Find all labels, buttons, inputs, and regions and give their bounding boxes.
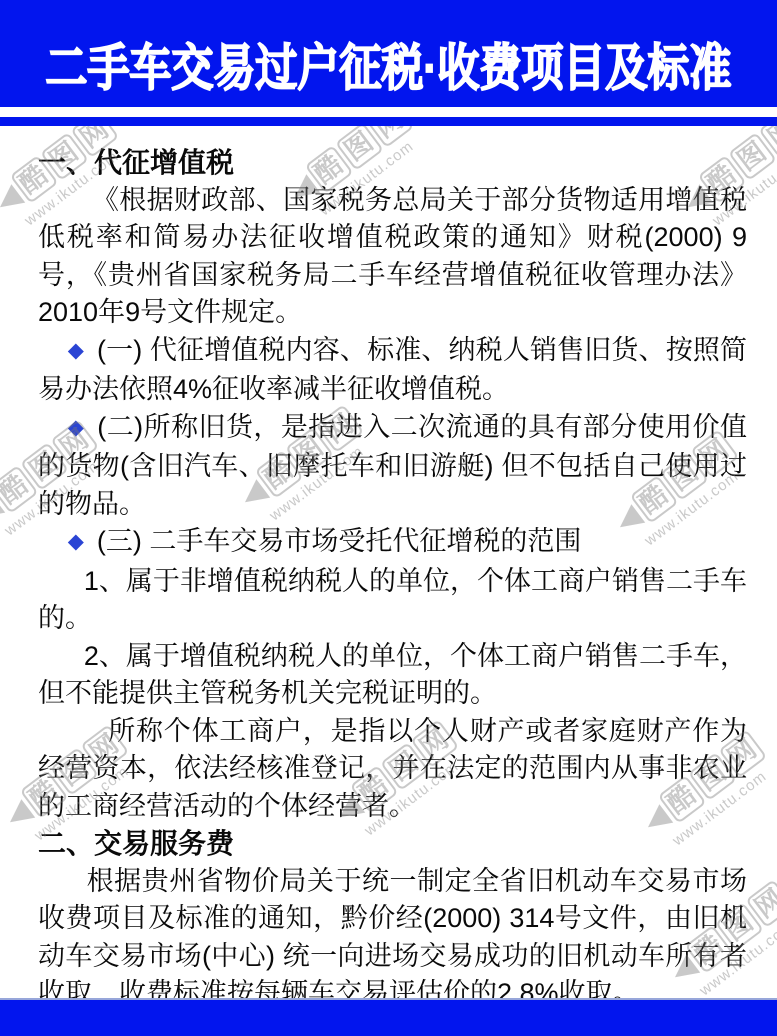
header-gap (0, 107, 777, 117)
paragraph-text: 《根据财政部、国家税务总局关于部分货物适用增值税低税率和简易办法征收增值税政策的… (38, 185, 747, 328)
section-2-heading: 二、交易服务费 (38, 825, 747, 863)
section-1-paragraph-definition: 所称个体工商户，是指以个人财产或者家庭财产作为经营资本，依法经核准登记，并在法定… (38, 713, 747, 826)
bullet-item-3-text: (三) 二手车交易市场受托代征增税的范围 (97, 526, 581, 556)
section-1-heading: 一、代征增值税 (38, 144, 747, 182)
bullet-item-1-text: (一) 代征增值税内容、标准、纳税人销售旧货、按照简易办法依照4%征收率减半征收… (38, 335, 747, 405)
document-body: 一、代征增值税 《根据财政部、国家税务总局关于部分货物适用增值税低税率和简易办法… (0, 126, 777, 1013)
diamond-bullet-icon: ◆ (68, 416, 85, 439)
paragraph-text: 根据贵州省物价局关于统一制定全省旧机动车交易市场收费项目及标准的通知，黔价经(2… (38, 866, 747, 1009)
diamond-bullet-icon: ◆ (68, 530, 84, 553)
paragraph-text: 所称个体工商户，是指以个人财产或者家庭财产作为经营资本，依法经核准登记，并在法定… (38, 716, 747, 821)
page-title: 二手车交易过户征税·收费项目及标准 (46, 28, 732, 100)
footer-bar (0, 998, 777, 1036)
numbered-item-1-text: 1、属于非增值税纳税人的单位，个体工商户销售二手车的。 (38, 566, 747, 634)
numbered-item-2-text: 2、属于增值税纳税人的单位，个体工商户销售二手车，但不能提供主管税务机关完税证明… (38, 641, 747, 709)
bullet-item-1: ◆(一) 代征增值税内容、标准、纳税人销售旧货、按照简易办法依照4%征收率减半征… (38, 332, 747, 409)
bullet-item-2-text: (二)所称旧货，是指进入二次流通的具有部分使用价值的货物(含旧汽车、旧摩托车和旧… (38, 412, 747, 519)
header-stripe (0, 117, 777, 126)
section-2-paragraph: 根据贵州省物价局关于统一制定全省旧机动车交易市场收费项目及标准的通知，黔价经(2… (38, 863, 747, 1013)
bullet-item-2: ◆(二)所称旧货，是指进入二次流通的具有部分使用价值的货物(含旧汽车、旧摩托车和… (38, 409, 747, 524)
bullet-item-3: ◆(三) 二手车交易市场受托代征增税的范围 (38, 523, 747, 563)
document-page: ◀酷图网www.ikutu.com◀酷图网www.ikutu.com◀酷图网ww… (0, 0, 777, 1036)
numbered-item-2: 2、属于增值税纳税人的单位，个体工商户销售二手车，但不能提供主管税务机关完税证明… (38, 638, 747, 713)
diamond-bullet-icon: ◆ (68, 339, 84, 362)
section-1-paragraph-basis: 《根据财政部、国家税务总局关于部分货物适用增值税低税率和简易办法征收增值税政策的… (38, 182, 747, 332)
numbered-item-1: 1、属于非增值税纳税人的单位，个体工商户销售二手车的。 (38, 563, 747, 638)
header-banner: 二手车交易过户征税·收费项目及标准 (0, 0, 777, 107)
